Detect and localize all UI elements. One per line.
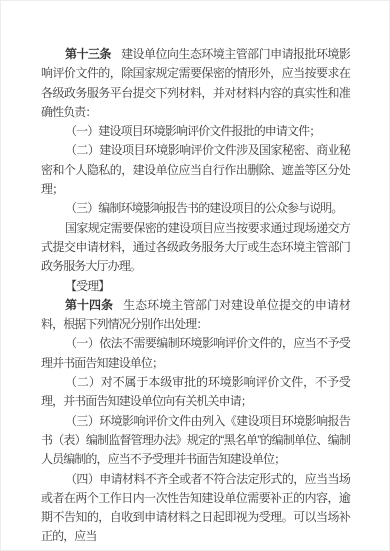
paragraph-article-14: 第十四条生态环境主管部门对建设单位提交的申请材料，根据下列情况分别作出处理： bbox=[41, 296, 350, 335]
article-13-item-2: （二）建设项目环境影响评价文件涉及国家秘密、商业秘密和个人隐私的，建设单位应当自… bbox=[41, 141, 350, 199]
article-14-number: 第十四条 bbox=[65, 298, 113, 312]
item-text: 国家规定需要保密的建设项目应当按要求通过现场递交方式提交申请材料，通过各级政务服… bbox=[41, 221, 350, 274]
item-text: （二）对不属于本级审批的环境影响评价文件，不予受理，并书面告知建设单位向有关机关… bbox=[41, 375, 350, 408]
document-page: 第十三条建设单位向生态环境主管部门申请报批环境影响评价文件的，除国家规定需要保密… bbox=[0, 0, 390, 551]
document-text-block: 第十三条建设单位向生态环境主管部门申请报批环境影响评价文件的，除国家规定需要保密… bbox=[41, 45, 350, 547]
article-13-item-1: （一）建设项目环境影响评价文件报批的申请文件； bbox=[41, 122, 350, 141]
item-text: （三）编制环境影响报告书的建设项目的公众参与说明。 bbox=[65, 201, 343, 215]
section-heading-acceptance: 【受理】 bbox=[41, 277, 350, 296]
article-14-item-3: （三）环境影响评价文件由列入《建设项目环境影响报告书（表）编制监督管理办法》规定… bbox=[41, 412, 350, 470]
article-14-item-4: （四）申请材料不齐全或者不符合法定形式的，应当当场或者在两个工作日内一次性告知建… bbox=[41, 470, 350, 547]
article-13-item-3: （三）编制环境影响报告书的建设项目的公众参与说明。 bbox=[41, 199, 350, 218]
item-text: （三）环境影响评价文件由列入《建设项目环境影响报告书（表）编制监督管理办法》规定… bbox=[41, 414, 350, 467]
item-text: （一）建设项目环境影响评价文件报批的申请文件； bbox=[65, 124, 320, 138]
heading-text: 【受理】 bbox=[65, 279, 109, 293]
article-13-number: 第十三条 bbox=[65, 47, 111, 61]
item-text: （二）建设项目环境影响评价文件涉及国家秘密、商业秘密和个人隐私的，建设单位应当自… bbox=[41, 143, 350, 196]
paragraph-article-13: 第十三条建设单位向生态环境主管部门申请报批环境影响评价文件的，除国家规定需要保密… bbox=[41, 45, 350, 122]
article-14-item-2: （二）对不属于本级审批的环境影响评价文件，不予受理，并书面告知建设单位向有关机关… bbox=[41, 373, 350, 412]
item-text: （一）依法不需要编制环境影响评价文件的，应当不予受理并书面告知建设单位； bbox=[41, 336, 350, 369]
paragraph-secrecy-note: 国家规定需要保密的建设项目应当按要求通过现场递交方式提交申请材料，通过各级政务服… bbox=[41, 219, 350, 277]
article-14-item-1: （一）依法不需要编制环境影响评价文件的，应当不予受理并书面告知建设单位； bbox=[41, 334, 350, 373]
item-text: （四）申请材料不齐全或者不符合法定形式的，应当当场或者在两个工作日内一次性告知建… bbox=[41, 472, 350, 544]
